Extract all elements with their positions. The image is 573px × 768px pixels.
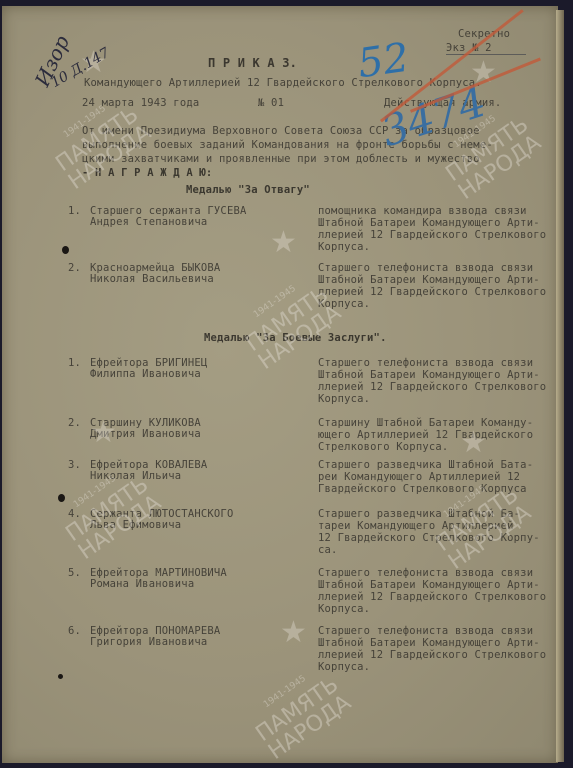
watermark-star-icon: ★ bbox=[90, 415, 117, 450]
preamble-line: цкими захватчиками и проявленные при это… bbox=[82, 153, 480, 165]
watermark-star-icon: ★ bbox=[460, 425, 487, 460]
recipient-position: ющего Артиллерией 12 Гвардейского bbox=[318, 429, 533, 441]
entry-number: 2. bbox=[68, 262, 81, 274]
recipient-position: Корпуса. bbox=[318, 241, 370, 253]
recipient-position: Стрелкового Корпуса. bbox=[318, 441, 448, 453]
recipient-position: Старшего разведчика Штабной Бата- bbox=[318, 459, 533, 471]
recipient-position: ллерией 12 Гвардейского Стрелкового bbox=[318, 286, 546, 298]
entry-number: 5. bbox=[68, 567, 81, 579]
entry-number: 3. bbox=[68, 459, 81, 471]
entry-number: 6. bbox=[68, 625, 81, 637]
entry-number: 1. bbox=[68, 357, 81, 369]
recipient-position: Старшего телефониста взвода связи bbox=[318, 567, 533, 579]
recipient-name: Андрея Степановича bbox=[90, 216, 207, 228]
recipient-position: ллерией 12 Гвардейского Стрелкового bbox=[318, 229, 546, 241]
punch-hole bbox=[62, 246, 69, 254]
recipient-position: ллерией 12 Гвардейского Стрелкового bbox=[318, 591, 546, 603]
recipient-name: Николая Васильевича bbox=[90, 273, 214, 285]
recipient-position: Корпуса. bbox=[318, 603, 370, 615]
order-number: № 01 bbox=[258, 97, 284, 109]
watermark-star-icon: ★ bbox=[280, 615, 307, 650]
recipient-position: Старшего телефониста взвода связи bbox=[318, 625, 533, 637]
entry-number: 2. bbox=[68, 417, 81, 429]
order-title: П Р И К А З. bbox=[208, 56, 297, 70]
punch-hole bbox=[58, 674, 63, 679]
watermark-star-icon: ★ bbox=[270, 225, 297, 260]
recipient-name: Филиппа Ивановича bbox=[90, 368, 201, 380]
recipient-position: Штабной Батареи Командующего Арти- bbox=[318, 637, 540, 649]
entry-number: 1. bbox=[68, 205, 81, 217]
recipient-position: ллерией 12 Гвардейского Стрелкового bbox=[318, 649, 546, 661]
recipient-position: ллерией 12 Гвардейского Стрелкового bbox=[318, 381, 546, 393]
recipient-position: помощника командира взвода связи bbox=[318, 205, 527, 217]
recipient-position: Корпуса. bbox=[318, 393, 370, 405]
blue-pencil-mark: 52 bbox=[355, 35, 412, 88]
recipient-position: Старшего телефониста взвода связи bbox=[318, 262, 533, 274]
copy-number: Экз № 2 bbox=[446, 42, 526, 55]
medal-heading: Медалью "За Отвагу" bbox=[186, 184, 310, 196]
recipient-position: Старшину Штабной Батареи Команду- bbox=[318, 417, 533, 429]
recipient-position: Штабной Батареи Командующего Арти- bbox=[318, 369, 540, 381]
recipient-position: Старшего телефониста взвода связи bbox=[318, 357, 533, 369]
recipient-position: Штабной Батареи Командующего Арти- bbox=[318, 274, 540, 286]
recipient-position: Штабной Батареи Командующего Арти- bbox=[318, 217, 540, 229]
recipient-position: са. bbox=[318, 544, 338, 556]
recipient-position: Штабной Батареи Командующего Арти- bbox=[318, 579, 540, 591]
recipient-name: Романа Ивановича bbox=[90, 578, 194, 590]
recipient-name: Григория Ивановича bbox=[90, 636, 207, 648]
page-edge bbox=[556, 10, 564, 762]
